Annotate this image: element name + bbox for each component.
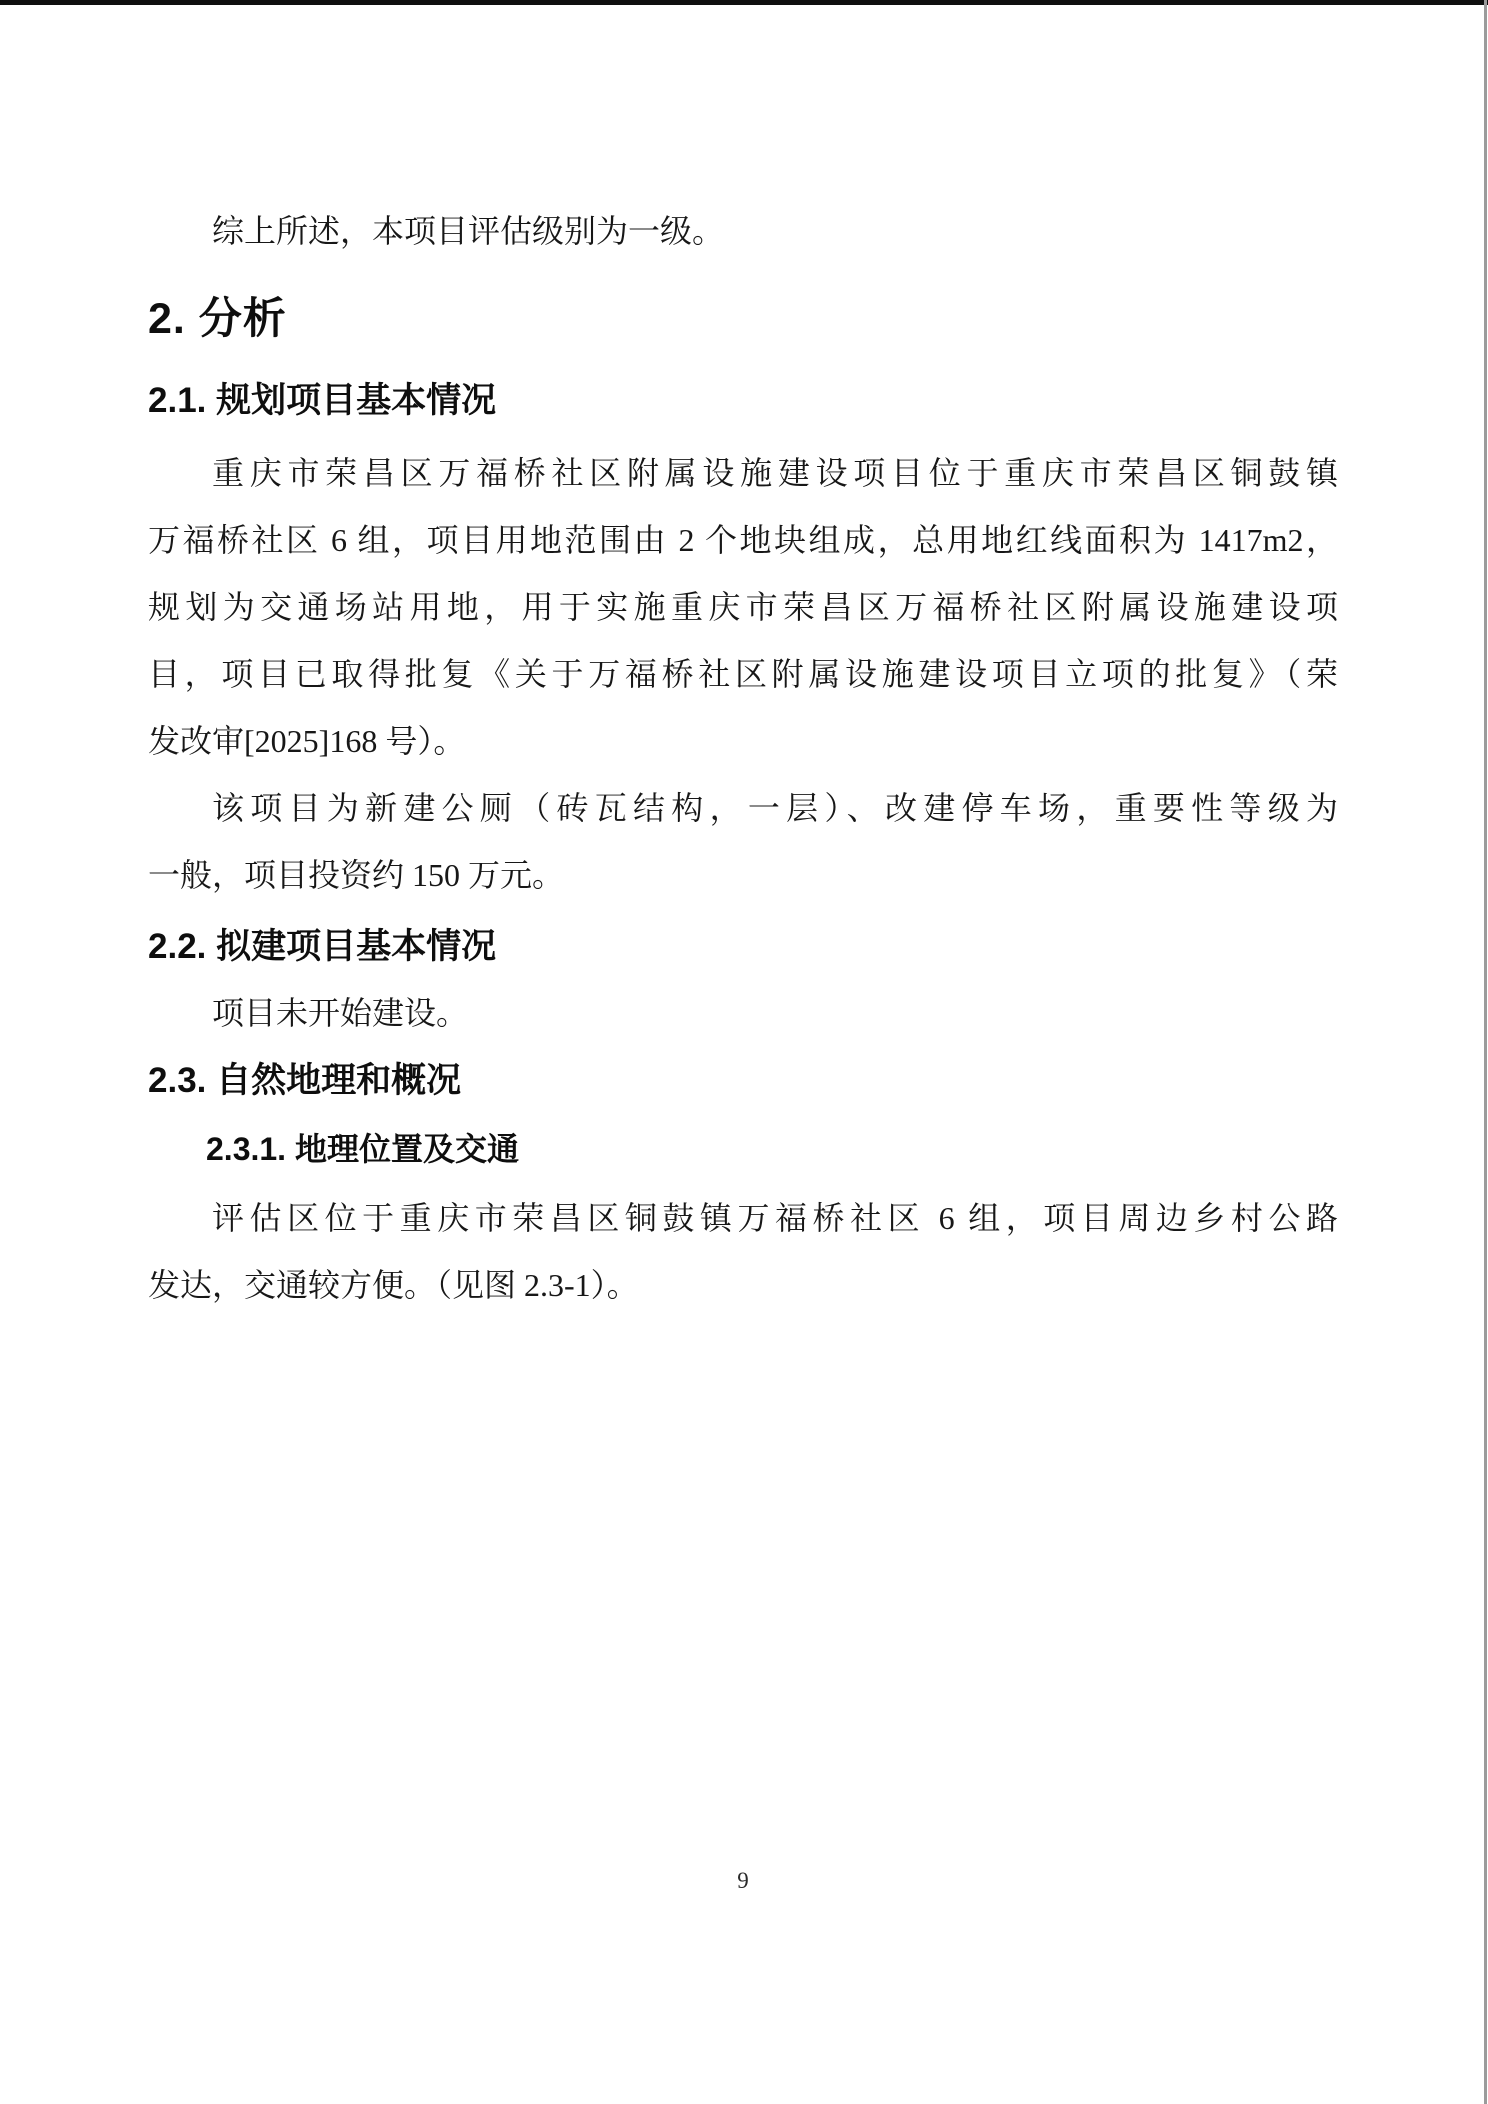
paragraph-project-description: 该项目为新建公厕（砖瓦结构，一层）、改建停车场，重要性等级为 一般，项目投资约 …: [148, 775, 1338, 909]
page-number: 9: [148, 1868, 1338, 1894]
paragraph-construction-status: 项目未开始建设。: [148, 980, 1338, 1047]
paragraph-location-traffic: 评估区位于重庆市荣昌区铜鼓镇万福桥社区 6 组，项目周边乡村公路 发达，交通较方…: [148, 1185, 1338, 1319]
paragraph-summary: 综上所述，本项目评估级别为一级。: [148, 198, 1338, 265]
paragraph-line: 规划为交通场站用地，用于实施重庆市荣昌区万福桥社区附属设施建设项: [148, 574, 1338, 641]
heading-2-3-1: 2.3.1. 地理位置及交通: [148, 1128, 1396, 1170]
paragraph-line: 万福桥社区 6 组，项目用地范围由 2 个地块组成，总用地红线面积为 1417m…: [148, 507, 1338, 574]
paragraph-line: 项目未开始建设。: [148, 980, 1338, 1047]
paragraph-line: 评估区位于重庆市荣昌区铜鼓镇万福桥社区 6 组，项目周边乡村公路: [148, 1185, 1338, 1252]
heading-2-3: 2.3. 自然地理和概况: [148, 1058, 1338, 1104]
paragraph-line: 综上所述，本项目评估级别为一级。: [148, 198, 1338, 265]
heading-2-1: 2.1. 规划项目基本情况: [148, 378, 1338, 424]
heading-2-2: 2.2. 拟建项目基本情况: [148, 924, 1338, 970]
paragraph-line: 发达，交通较方便。（见图 2.3-1）。: [148, 1252, 1338, 1319]
paragraph-line: 目，项目已取得批复《关于万福桥社区附属设施建设项目立项的批复》（荣: [148, 641, 1338, 708]
scan-right-edge: [1484, 0, 1487, 2104]
paragraph-line: 发改审[2025]168 号）。: [148, 708, 1338, 775]
paragraph-planning-overview: 重庆市荣昌区万福桥社区附属设施建设项目位于重庆市荣昌区铜鼓镇 万福桥社区 6 组…: [148, 440, 1338, 775]
paragraph-line: 一般，项目投资约 150 万元。: [148, 842, 1338, 909]
scan-top-edge: [0, 0, 1488, 5]
heading-analysis: 2. 分析: [148, 292, 1338, 346]
paragraph-line: 该项目为新建公厕（砖瓦结构，一层）、改建停车场，重要性等级为: [148, 775, 1338, 842]
document-page: 综上所述，本项目评估级别为一级。 2. 分析 2.1. 规划项目基本情况 重庆市…: [0, 0, 1488, 2104]
paragraph-line: 重庆市荣昌区万福桥社区附属设施建设项目位于重庆市荣昌区铜鼓镇: [148, 440, 1338, 507]
